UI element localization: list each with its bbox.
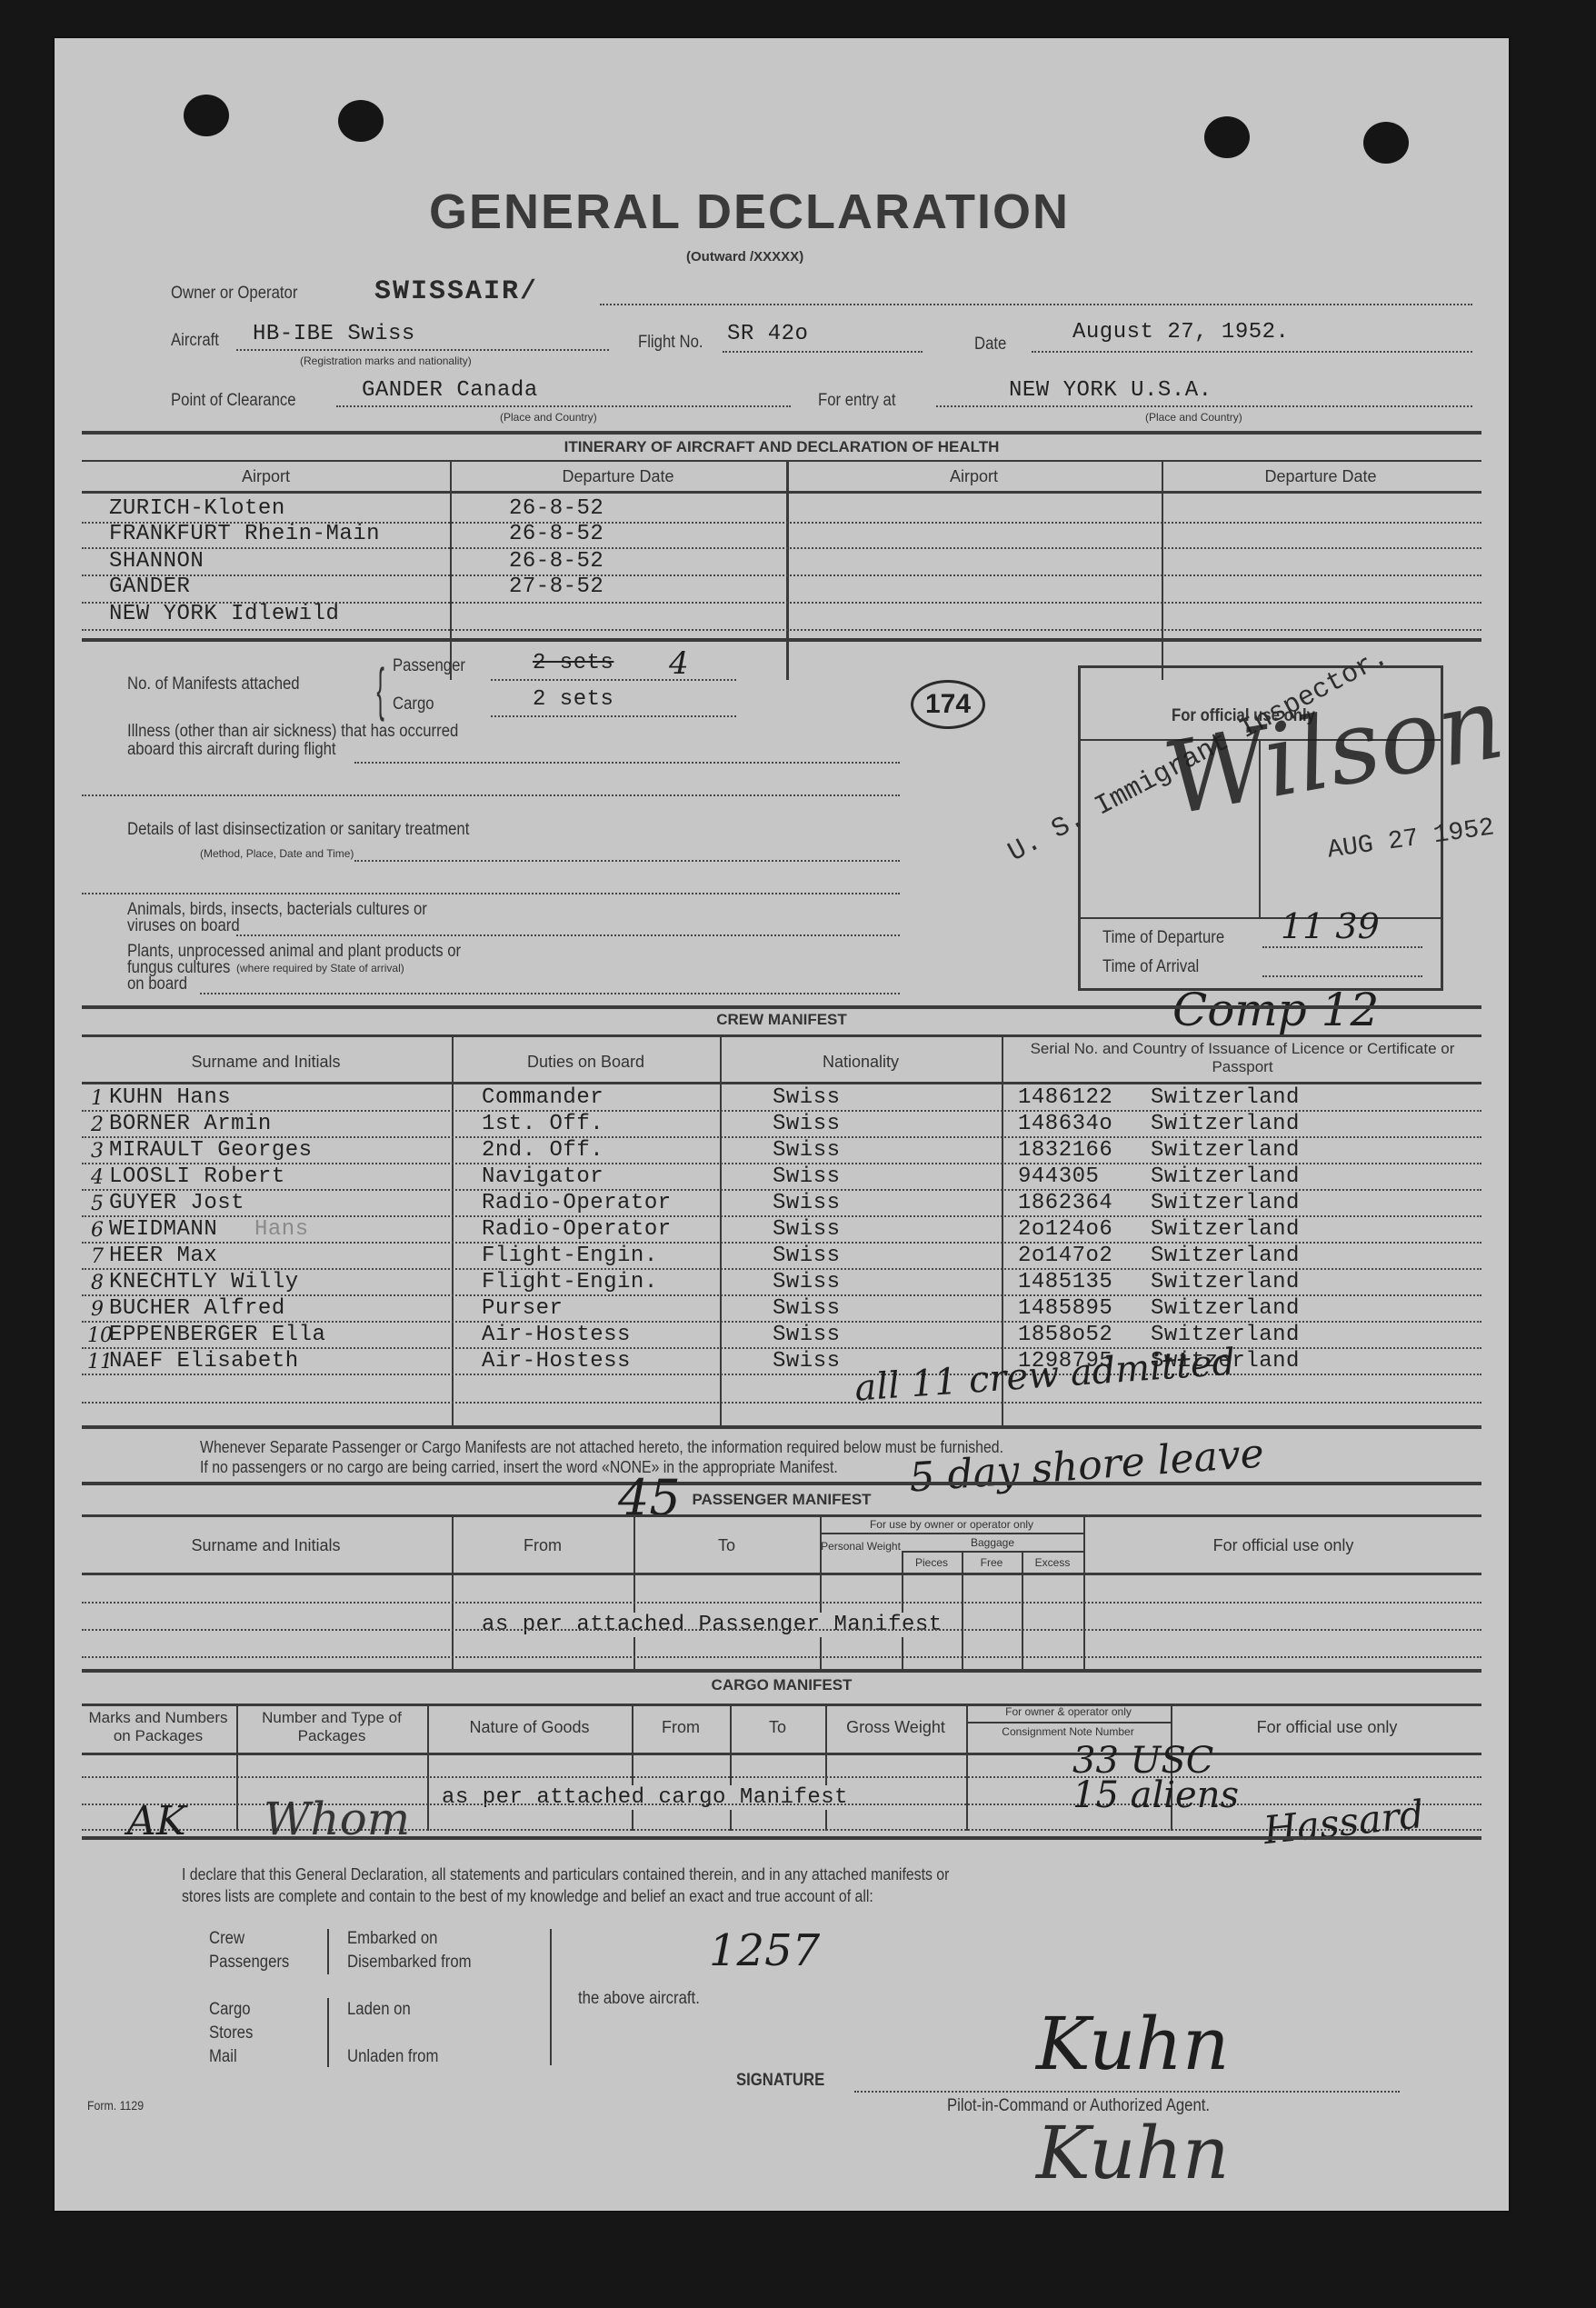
declaration-stores: Stores	[209, 2023, 253, 2043]
crew-serial: 2o124o6	[1018, 1217, 1112, 1242]
disinsect-label: Details of last disinsectization or sani…	[127, 820, 469, 840]
itinerary-col-airport-1: Airport	[82, 467, 450, 486]
punch-hole	[1363, 122, 1409, 164]
punch-hole	[184, 95, 229, 136]
column-divider	[902, 1551, 903, 1669]
column-divider	[1162, 460, 1163, 680]
disinsect-field-line-2	[82, 893, 900, 894]
row-line	[82, 1656, 1481, 1658]
declaration-embarked: Embarked on	[347, 1929, 437, 1949]
crew-name: NAEF Elisabeth	[109, 1349, 299, 1374]
cargo-handwritten-aliens: 15 aliens	[1072, 1774, 1239, 1816]
cargo-field-line	[491, 715, 736, 717]
clearance-label: Point of Clearance	[171, 391, 296, 411]
row-line	[82, 1629, 1481, 1631]
illness-field-line-2	[82, 794, 900, 796]
column-divider	[427, 1704, 429, 1831]
document-title: GENERAL DECLARATION	[429, 184, 1070, 240]
clearance-value: GANDER Canada	[362, 378, 538, 403]
declaration-disembarked: Disembarked from	[347, 1953, 472, 1973]
crew-duty: Flight-Engin.	[482, 1270, 658, 1294]
disinsect-field-line	[354, 860, 900, 862]
column-divider	[962, 1551, 963, 1669]
declaration-unladen: Unladen from	[347, 2047, 438, 2067]
passenger-col-to: To	[633, 1536, 820, 1555]
crew-country: Switzerland	[1151, 1112, 1300, 1136]
column-divider	[1083, 1514, 1085, 1669]
instructions-line-2: If no passengers or no cargo are being c…	[200, 1458, 838, 1477]
crew-manifest-title: CREW MANIFEST	[55, 1011, 1509, 1029]
passenger-manifest-label: Passenger	[393, 656, 465, 676]
passenger-manifest-value: 2 sets	[533, 651, 613, 675]
disinsect-note: (Method, Place, Date and Time)	[200, 847, 354, 860]
cargo-col-marks: Marks and Numbers on Packages	[82, 1709, 234, 1745]
instructions-line-1: Whenever Separate Passenger or Cargo Man…	[200, 1438, 1003, 1457]
cargo-manifest-label: Cargo	[393, 694, 434, 714]
declaration-handwritten-number: 1257	[709, 1925, 820, 1976]
table-rule	[82, 1514, 1481, 1517]
crew-nationality: Swiss	[773, 1217, 841, 1242]
pilot-signature-2: Kuhn	[1036, 2111, 1230, 2195]
crew-row: 10 EPPENBERGER Ella Air-Hostess Swiss 18…	[82, 1323, 1481, 1349]
entry-label: For entry at	[818, 391, 895, 411]
aircraft-field-line	[236, 349, 609, 351]
circled-number: 174	[911, 680, 985, 729]
crew-name: LOOSLI Robert	[109, 1164, 285, 1189]
section-divider	[82, 431, 1481, 435]
aircraft-note: (Registration marks and nationality)	[300, 355, 472, 367]
arrival-field-line	[1262, 975, 1422, 977]
crew-nationality: Swiss	[773, 1085, 841, 1110]
table-rule	[902, 1551, 1083, 1553]
itinerary-col-date-2: Departure Date	[1162, 467, 1480, 486]
table-rule	[82, 1753, 1481, 1755]
cargo-col-owner-only: For owner & operator only	[966, 1705, 1171, 1718]
cargo-manifest-title: CARGO MANIFEST	[55, 1676, 1509, 1694]
itinerary-title: ITINERARY OF AIRCRAFT AND DECLARATION OF…	[55, 438, 1509, 456]
illness-label-2: aboard this aircraft during flight	[127, 740, 336, 760]
column-divider	[825, 1704, 827, 1831]
owner-field-line	[600, 304, 1472, 305]
crew-duty: Air-Hostess	[482, 1323, 631, 1347]
passenger-manifest-title: PASSENGER MANIFEST	[55, 1491, 1509, 1509]
signature-caption: Pilot-in-Command or Authorized Agent.	[947, 2096, 1210, 2116]
itinerary-airport: GANDER	[109, 575, 190, 599]
box-rule	[1081, 917, 1441, 919]
column-divider	[730, 1704, 732, 1831]
punch-hole	[1204, 116, 1250, 158]
crew-duty: Air-Hostess	[482, 1349, 631, 1374]
section-divider	[82, 1425, 1481, 1429]
declaration-line-1: I declare that this General Declaration,…	[182, 1865, 949, 1884]
column-divider	[633, 1514, 635, 1669]
crew-country: Switzerland	[1151, 1244, 1300, 1268]
crew-row: 11 NAEF Elisabeth Air-Hostess Swiss 1298…	[82, 1349, 1481, 1375]
departure-time-label: Time of Departure	[1102, 928, 1224, 948]
passenger-body-text: as per attached Passenger Manifest	[482, 1613, 943, 1637]
crew-serial: 1858o52	[1018, 1323, 1112, 1347]
crew-serial: 1485895	[1018, 1296, 1112, 1321]
passenger-col-weight: Personal Weight	[820, 1540, 902, 1553]
table-rule	[82, 1704, 1481, 1706]
plants-label-3: on board	[127, 974, 187, 994]
crew-name: BUCHER Alfred	[109, 1296, 285, 1321]
row-line	[82, 1776, 1481, 1778]
column-divider	[450, 460, 452, 680]
crew-name: BORNER Armin	[109, 1112, 272, 1136]
table-rule	[966, 1722, 1171, 1724]
aircraft-label: Aircraft	[171, 331, 219, 351]
section-divider	[82, 1836, 1481, 1840]
crew-duty: 1st. Off.	[482, 1112, 603, 1136]
illness-field-line	[354, 762, 900, 764]
itinerary-col-airport-2: Airport	[786, 467, 1162, 486]
owner-label: Owner or Operator	[171, 284, 297, 304]
crew-row: 2 BORNER Armin 1st. Off. Swiss 148634o S…	[82, 1112, 1481, 1138]
departure-time-value: 11 39	[1281, 906, 1380, 946]
animals-label-2: viruses on board	[127, 916, 240, 936]
plants-note: (where required by State of arrival)	[236, 962, 404, 974]
crew-col-nationality: Nationality	[720, 1053, 1002, 1072]
crew-country: Switzerland	[1151, 1138, 1300, 1163]
crew-name: WEIDMANN	[109, 1217, 217, 1242]
crew-col-duties: Duties on Board	[452, 1053, 720, 1072]
plants-field-line	[200, 993, 900, 994]
cargo-col-to: To	[730, 1718, 825, 1737]
crew-row: 7 HEER Max Flight-Engin. Swiss 2o147o2 S…	[82, 1244, 1481, 1270]
crew-country: Switzerland	[1151, 1191, 1300, 1215]
table-rule	[82, 460, 1481, 462]
crew-nationality: Swiss	[773, 1270, 841, 1294]
crew-row: 6 WEIDMANN Hans Radio-Operator Swiss 2o1…	[82, 1217, 1481, 1244]
crew-duty: Commander	[482, 1085, 603, 1110]
crew-row: 4 LOOSLI Robert Navigator Swiss 944305 S…	[82, 1164, 1481, 1191]
column-divider	[966, 1704, 968, 1831]
itinerary-departure: 26-8-52	[509, 496, 603, 521]
declaration-crew: Crew	[209, 1929, 244, 1949]
punch-hole	[338, 100, 384, 142]
crew-row-number: 6	[91, 1219, 104, 1242]
crew-duty: Navigator	[482, 1164, 603, 1189]
crew-nationality: Swiss	[773, 1112, 841, 1136]
crew-duty: Purser	[482, 1296, 563, 1321]
declaration-above-aircraft: the above aircraft.	[578, 1989, 700, 2009]
table-rule	[82, 1034, 1481, 1037]
crew-name: KUHN Hans	[109, 1085, 231, 1110]
passenger-handwritten: 4	[669, 645, 689, 682]
arrival-time-label: Time of Arrival	[1102, 957, 1199, 977]
crew-name: HEER Max	[109, 1244, 217, 1268]
pilot-signature: Kuhn	[1036, 2002, 1230, 2086]
brace-divider	[327, 1929, 329, 1974]
row-line	[82, 575, 1481, 576]
passenger-col-official: For official use only	[1083, 1536, 1483, 1555]
crew-serial: 1486122	[1018, 1085, 1112, 1110]
row-line	[82, 1602, 1481, 1604]
crew-row-number: 3	[91, 1140, 104, 1163]
column-divider	[820, 1514, 822, 1669]
column-divider	[786, 460, 789, 680]
clearance-note: (Place and Country)	[500, 411, 597, 424]
entry-field-line	[936, 405, 1472, 407]
column-divider	[452, 1514, 454, 1669]
section-divider	[82, 638, 1481, 642]
itinerary-airport: SHANNON	[109, 549, 204, 574]
crew-country: Switzerland	[1151, 1085, 1300, 1110]
signature-label: SIGNATURE	[736, 2071, 824, 2091]
declaration-line-2: stores lists are complete and contain to…	[182, 1887, 873, 1906]
crew-row: 9 BUCHER Alfred Purser Swiss 1485895 Swi…	[82, 1296, 1481, 1323]
itinerary-airport: NEW YORK Idlewild	[109, 602, 339, 626]
crew-duty: Radio-Operator	[482, 1191, 672, 1215]
date-field-line	[1032, 351, 1472, 353]
declaration-laden: Laden on	[347, 2000, 411, 2020]
passenger-col-baggage: Baggage	[902, 1536, 1083, 1549]
itinerary-departure: 26-8-52	[509, 549, 603, 574]
crew-serial: 148634o	[1018, 1112, 1112, 1136]
crew-duty: Flight-Engin.	[482, 1244, 658, 1268]
form-number: Form. 1129	[87, 2098, 144, 2113]
table-rule	[82, 1573, 1481, 1575]
signature-line	[854, 2091, 1400, 2093]
row-line	[82, 547, 1481, 549]
brace-icon: {	[376, 660, 384, 718]
crew-row-number: 7	[91, 1245, 104, 1268]
crew-serial: 1862364	[1018, 1191, 1112, 1215]
crew-nationality: Swiss	[773, 1323, 841, 1347]
crew-row-number: 5	[91, 1193, 104, 1215]
crew-nationality: Swiss	[773, 1164, 841, 1189]
declaration-cargo: Cargo	[209, 2000, 251, 2020]
itinerary-departure: 26-8-52	[509, 522, 603, 546]
document-page: GENERAL DECLARATION (Outward /XXXXX) Own…	[55, 38, 1509, 2211]
itinerary-departure: 27-8-52	[509, 575, 603, 599]
owner-value: SWISSAIR/	[374, 276, 538, 307]
crew-row: 3 MIRAULT Georges 2nd. Off. Swiss 183216…	[82, 1138, 1481, 1164]
crew-duty: Radio-Operator	[482, 1217, 672, 1242]
date-label: Date	[974, 335, 1006, 355]
crew-serial: 944305	[1018, 1164, 1099, 1189]
crew-row-number: 2	[91, 1114, 104, 1136]
column-divider	[1022, 1551, 1023, 1669]
section-divider	[82, 1482, 1481, 1485]
passenger-handwritten-count: 45	[618, 1469, 681, 1526]
brace-divider	[327, 1998, 329, 2067]
crew-name-faded: Hans	[254, 1217, 309, 1242]
passenger-col-pieces: Pieces	[902, 1556, 962, 1569]
passenger-body-wrap: as per attached Passenger Manifest	[473, 1613, 952, 1637]
cargo-col-number: Number and Type of Packages	[236, 1709, 427, 1745]
crew-nationality: Swiss	[773, 1244, 841, 1268]
row-line	[82, 629, 1481, 631]
passenger-col-name: Surname and Initials	[82, 1536, 450, 1555]
flight-field-line	[723, 351, 923, 353]
crew-row: 5 GUYER Jost Radio-Operator Swiss 186236…	[82, 1191, 1481, 1217]
crew-nationality: Swiss	[773, 1349, 841, 1374]
itinerary-col-date-1: Departure Date	[450, 467, 786, 486]
table-rule	[82, 491, 1481, 494]
cargo-col-consignment: Consignment Note Number	[973, 1725, 1163, 1738]
passenger-col-from: From	[452, 1536, 633, 1555]
cargo-body-wrap: as per attached cargo Manifest	[434, 1785, 855, 1810]
crew-serial: 2o147o2	[1018, 1244, 1112, 1268]
crew-row-number: 1	[91, 1087, 104, 1110]
cargo-col-official: For official use only	[1171, 1718, 1483, 1737]
crew-serial: 1832166	[1018, 1138, 1112, 1163]
declaration-passengers: Passengers	[209, 1953, 289, 1973]
crew-name: KNECHTLY Willy	[109, 1270, 299, 1294]
table-rule	[82, 1082, 1481, 1084]
crew-country: Switzerland	[1151, 1296, 1300, 1321]
crew-nationality: Swiss	[773, 1296, 841, 1321]
flight-label: Flight No.	[638, 333, 703, 353]
crew-serial: 1485135	[1018, 1270, 1112, 1294]
crew-row-number: 8	[91, 1272, 104, 1294]
crew-country: Switzerland	[1151, 1217, 1300, 1242]
entry-note: (Place and Country)	[1145, 411, 1242, 424]
itinerary-airport: ZURICH-Kloten	[109, 496, 285, 521]
animals-field-line	[236, 934, 900, 936]
crew-country: Switzerland	[1151, 1164, 1300, 1189]
crew-country: Switzerland	[1151, 1270, 1300, 1294]
entry-value: NEW YORK U.S.A.	[1009, 378, 1212, 403]
declaration-mail: Mail	[209, 2047, 237, 2067]
document-subtitle: (Outward /XXXXX)	[686, 249, 803, 265]
illness-label: Illness (other than air sickness) that h…	[127, 722, 458, 742]
crew-col-serial: Serial No. and Country of Issuance of Li…	[1002, 1040, 1483, 1076]
cargo-col-nature: Nature of Goods	[427, 1718, 632, 1737]
section-divider	[82, 1669, 1481, 1673]
crew-nationality: Swiss	[773, 1191, 841, 1215]
date-value: August 27, 1952.	[1072, 320, 1289, 345]
row-line	[82, 1402, 1481, 1404]
passenger-field-line	[491, 679, 736, 681]
section-divider	[82, 1005, 1481, 1009]
cargo-col-gross: Gross Weight	[825, 1718, 966, 1737]
passenger-col-free: Free	[962, 1556, 1022, 1569]
manifests-label: No. of Manifests attached	[127, 674, 300, 694]
column-divider	[236, 1704, 238, 1831]
brace-divider	[550, 1929, 552, 2065]
crew-name: GUYER Jost	[109, 1191, 244, 1215]
crew-nationality: Swiss	[773, 1138, 841, 1163]
crew-duty: 2nd. Off.	[482, 1138, 603, 1163]
crew-col-name: Surname and Initials	[82, 1053, 450, 1072]
cargo-handwritten-signature: Hassard	[1262, 1792, 1426, 1853]
crew-name: MIRAULT Georges	[109, 1138, 313, 1163]
passenger-col-owner-only: For use by owner or operator only	[820, 1518, 1083, 1531]
crew-row-number: 9	[91, 1298, 104, 1321]
departure-field-line	[1262, 946, 1422, 948]
column-divider	[632, 1704, 633, 1831]
cargo-body-text: as per attached cargo Manifest	[442, 1785, 848, 1810]
cargo-manifest-value: 2 sets	[533, 687, 613, 712]
table-rule	[820, 1533, 1083, 1534]
itinerary-airport: FRANKFURT Rhein-Main	[109, 522, 380, 546]
crew-row: 8 KNECHTLY Willy Flight-Engin. Swiss 148…	[82, 1270, 1481, 1296]
crew-row: 1 KUHN Hans Commander Swiss 1486122 Swit…	[82, 1085, 1481, 1112]
crew-row-number: 4	[91, 1166, 104, 1189]
row-line	[82, 1374, 1481, 1375]
flight-value: SR 42o	[727, 322, 808, 346]
clearance-field-line	[336, 405, 791, 407]
cargo-col-from: From	[632, 1718, 730, 1737]
passenger-col-excess: Excess	[1022, 1556, 1083, 1569]
crew-name: EPPENBERGER Ella	[109, 1323, 325, 1347]
aircraft-value: HB-IBE Swiss	[253, 322, 415, 346]
